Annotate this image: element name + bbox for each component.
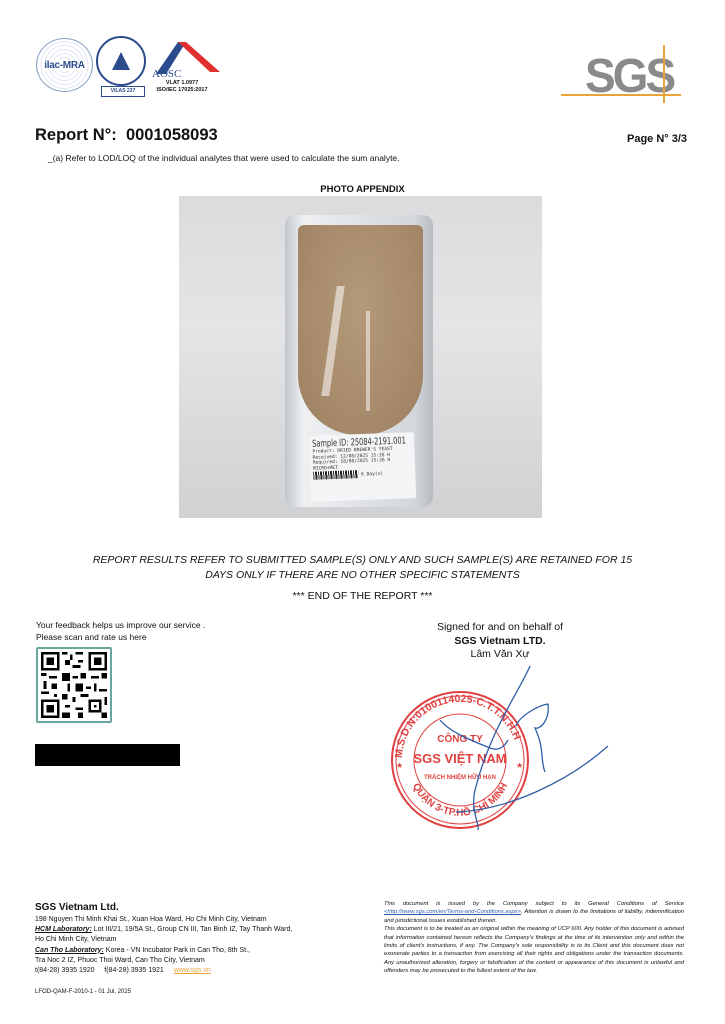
sample-photo: Sample ID: 25084-2191.001 Product: DRIED…: [179, 196, 542, 518]
svg-text:CÔNG TY: CÔNG TY: [437, 732, 483, 745]
barcode-icon: [313, 470, 358, 480]
form-code: LFOD-QAM-F-2010-1 - 01 Jul, 2025: [35, 989, 131, 995]
yeast-powder: [298, 225, 423, 435]
aosc-certifications: VLAT 1.0977 ISO/IEC 17025:2017: [152, 80, 212, 94]
footer-company-name: SGS Vietnam Ltd.: [35, 902, 119, 913]
redacted-block: [35, 744, 180, 766]
svg-text:SGS VIỆT NAM: SGS VIỆT NAM: [413, 751, 506, 766]
stamp-top-text: M.S.D.N:0100114025-C.T.T.N.H.H: [393, 693, 523, 758]
qr-code-icon: [41, 652, 107, 718]
feedback-text: Your feedback helps us improve our servi…: [36, 619, 205, 643]
sample-label: Sample ID: 25084-2191.001 Product: DRIED…: [309, 432, 416, 502]
aosc-name: AOSC: [152, 68, 181, 80]
svg-text:TRÁCH NHIỆM HỮU HẠN: TRÁCH NHIỆM HỮU HẠN: [424, 773, 496, 781]
report-number: Report N°: 0001058093: [35, 126, 218, 145]
feedback-qr-code[interactable]: [36, 647, 112, 723]
end-of-report: *** END OF THE REPORT ***: [0, 590, 725, 602]
svg-text:★: ★: [516, 761, 523, 770]
vilas-badge: VILAS 237: [101, 86, 145, 97]
ilac-mra-logo: ilac-MRA: [36, 38, 93, 92]
sgs-logo-rule-vertical: [663, 45, 665, 103]
lod-loq-note: _(a) Refer to LOD/LOQ of the individual …: [48, 153, 400, 163]
bureau-of-accreditation-logo: [96, 36, 146, 86]
page-number: Page N° 3/3: [627, 133, 687, 145]
terms-link[interactable]: <http://www.sgs.com/en/Terms-and-Conditi…: [384, 909, 521, 915]
triangle-icon: [112, 52, 130, 70]
svg-text:★: ★: [396, 761, 403, 770]
svg-text:M.S.D.N:0100114025-C.T.T.N.H.H: M.S.D.N:0100114025-C.T.T.N.H.H: [393, 693, 523, 758]
footer-address: 198 Nguyen Thi Minh Khai St., Xuan Hoa W…: [35, 915, 292, 976]
photo-appendix-title: PHOTO APPENDIX: [0, 184, 725, 195]
company-stamp: M.S.D.N:0100114025-C.T.T.N.H.H QUẬN 3-TP…: [380, 660, 620, 860]
signature-block: Signed for and on behalf of SGS Vietnam …: [400, 621, 600, 662]
website-link[interactable]: www.sgs.vn: [174, 967, 211, 974]
bag-reflection: [366, 311, 370, 411]
legal-notice: This document is issued by the Company s…: [384, 900, 684, 976]
retention-disclaimer: REPORT RESULTS REFER TO SUBMITTED SAMPLE…: [60, 553, 665, 583]
